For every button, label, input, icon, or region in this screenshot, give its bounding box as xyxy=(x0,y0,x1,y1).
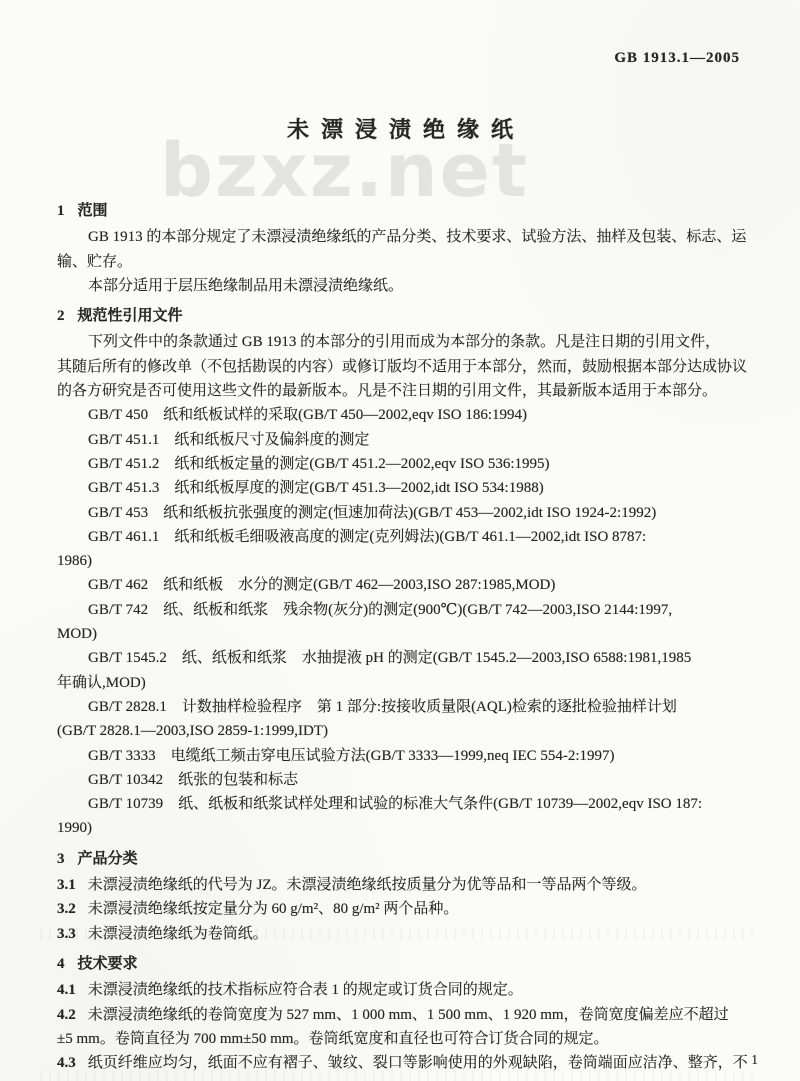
clause-line: 3.1未漂浸渍绝缘纸的代号为 JZ。未漂浸渍绝缘纸按质量分为优等品和一等品两个等… xyxy=(57,873,749,897)
section-heading-product-classification: 3产品分类 xyxy=(57,847,749,871)
clause-number: 4.2 xyxy=(57,1007,76,1023)
reference-line: GB/T 10739 纸、纸板和纸浆试样处理和试验的标准大气条件(GB/T 10… xyxy=(57,792,749,816)
reference-continuation-line: (GB/T 2828.1—2003,ISO 2859-1:1999,IDT) xyxy=(57,719,749,743)
reference-continuation-line: MOD) xyxy=(57,622,749,646)
heading-number: 3 xyxy=(57,851,65,867)
reference-line: GB/T 451.2 纸和纸板定量的测定(GB/T 451.2—2002,eqv… xyxy=(57,452,749,476)
document-body: 1范围 GB 1913 的本部分规定了未漂浸渍绝缘纸的产品分类、技术要求、试验方… xyxy=(57,193,749,1075)
paragraph-continuation-line: 其随后所有的修改单（不包括勘误的内容）或修订版均不适用于本部分，然而，鼓励根据本… xyxy=(57,355,749,379)
document-title: 未漂浸渍绝缘纸 xyxy=(0,113,800,144)
scanned-document-page: bzxz.net GB 1913.1—2005 未漂浸渍绝缘纸 1范围 GB 1… xyxy=(0,0,800,1081)
section-heading-normative-references: 2规范性引用文件 xyxy=(57,304,749,328)
page-number: 1 xyxy=(751,1052,758,1068)
heading-text: 产品分类 xyxy=(78,851,138,867)
section-heading-technical-requirements: 4技术要求 xyxy=(57,952,749,976)
paragraph-continuation-line: 输、贮存。 xyxy=(57,250,749,274)
reference-continuation-line: 年确认,MOD) xyxy=(57,671,749,695)
heading-number: 1 xyxy=(57,203,65,219)
reference-line: GB/T 742 纸、纸板和纸浆 残余物(灰分)的测定(900℃)(GB/T 7… xyxy=(57,598,749,622)
reference-line: GB/T 2828.1 计数抽样检验程序 第 1 部分:按接收质量限(AQL)检… xyxy=(57,695,749,719)
clause-number: 4.3 xyxy=(57,1055,76,1071)
heading-text: 范围 xyxy=(78,203,108,219)
clause-text: 未漂浸渍绝缘纸为卷筒纸。 xyxy=(88,926,268,942)
reference-line: GB/T 461.1 纸和纸板毛细吸液高度的测定(克列姆法)(GB/T 461.… xyxy=(57,525,749,549)
heading-number: 2 xyxy=(57,308,65,324)
reference-line: GB/T 10342 纸张的包装和标志 xyxy=(57,768,749,792)
clause-number: 3.3 xyxy=(57,926,76,942)
paragraph-line: GB 1913 的本部分规定了未漂浸渍绝缘纸的产品分类、技术要求、试验方法、抽样… xyxy=(57,225,749,249)
clause-text: 纸页纤维应均匀，纸面不应有褶子、皱纹、裂口等影响使用的外观缺陷，卷筒端面应洁净、… xyxy=(88,1055,748,1071)
clause-text: 未漂浸渍绝缘纸的技术指标应符合表 1 的规定或订货合同的规定。 xyxy=(88,982,523,998)
reference-line: GB/T 462 纸和纸板 水分的测定(GB/T 462—2003,ISO 28… xyxy=(57,573,749,597)
clause-continuation-line: ±5 mm。卷筒直径为 700 mm±50 mm。卷筒纸宽度和直径也可符合订货合… xyxy=(57,1027,749,1051)
reference-continuation-line: 1990) xyxy=(57,816,749,840)
paragraph-line: 本部分适用于层压绝缘制品用未漂浸渍绝缘纸。 xyxy=(57,274,749,298)
heading-text: 规范性引用文件 xyxy=(78,308,183,324)
heading-text: 技术要求 xyxy=(78,956,138,972)
reference-line: GB/T 1545.2 纸、纸板和纸浆 水抽提液 pH 的测定(GB/T 154… xyxy=(57,646,749,670)
clause-number: 3.1 xyxy=(57,877,76,893)
clause-line: 3.3未漂浸渍绝缘纸为卷筒纸。 xyxy=(57,922,749,946)
clause-line: 4.1未漂浸渍绝缘纸的技术指标应符合表 1 的规定或订货合同的规定。 xyxy=(57,978,749,1002)
paragraph-line: 下列文件中的条款通过 GB 1913 的本部分的引用而成为本部分的条款。凡是注日… xyxy=(57,330,749,354)
reference-line: GB/T 451.1 纸和纸板尺寸及偏斜度的测定 xyxy=(57,428,749,452)
section-heading-scope: 1范围 xyxy=(57,199,749,223)
reference-line: GB/T 450 纸和纸板试样的采取(GB/T 450—2002,eqv ISO… xyxy=(57,403,749,427)
clause-line: 4.3纸页纤维应均匀，纸面不应有褶子、皱纹、裂口等影响使用的外观缺陷，卷筒端面应… xyxy=(57,1051,749,1075)
clause-number: 4.1 xyxy=(57,982,76,998)
clause-text: 未漂浸渍绝缘纸的代号为 JZ。未漂浸渍绝缘纸按质量分为优等品和一等品两个等级。 xyxy=(88,877,647,893)
reference-line: GB/T 451.3 纸和纸板厚度的测定(GB/T 451.3—2002,idt… xyxy=(57,476,749,500)
reference-line: GB/T 453 纸和纸板抗张强度的测定(恒速加荷法)(GB/T 453—200… xyxy=(57,501,749,525)
standard-code: GB 1913.1—2005 xyxy=(614,50,740,67)
reference-continuation-line: 1986) xyxy=(57,549,749,573)
paragraph-continuation-line: 的各方研究是否可使用这些文件的最新版本。凡是不注日期的引用文件，其最新版本适用于… xyxy=(57,379,749,403)
clause-line: 3.2未漂浸渍绝缘纸按定量分为 60 g/m²、80 g/m² 两个品种。 xyxy=(57,897,749,921)
heading-number: 4 xyxy=(57,956,65,972)
clause-number: 3.2 xyxy=(57,901,76,917)
clause-text: 未漂浸渍绝缘纸按定量分为 60 g/m²、80 g/m² 两个品种。 xyxy=(88,901,459,917)
clause-line: 4.2未漂浸渍绝缘纸的卷筒宽度为 527 mm、1 000 mm、1 500 m… xyxy=(57,1003,749,1027)
reference-line: GB/T 3333 电缆纸工频击穿电压试验方法(GB/T 3333—1999,n… xyxy=(57,744,749,768)
clause-text: 未漂浸渍绝缘纸的卷筒宽度为 527 mm、1 000 mm、1 500 mm、1… xyxy=(88,1007,729,1023)
